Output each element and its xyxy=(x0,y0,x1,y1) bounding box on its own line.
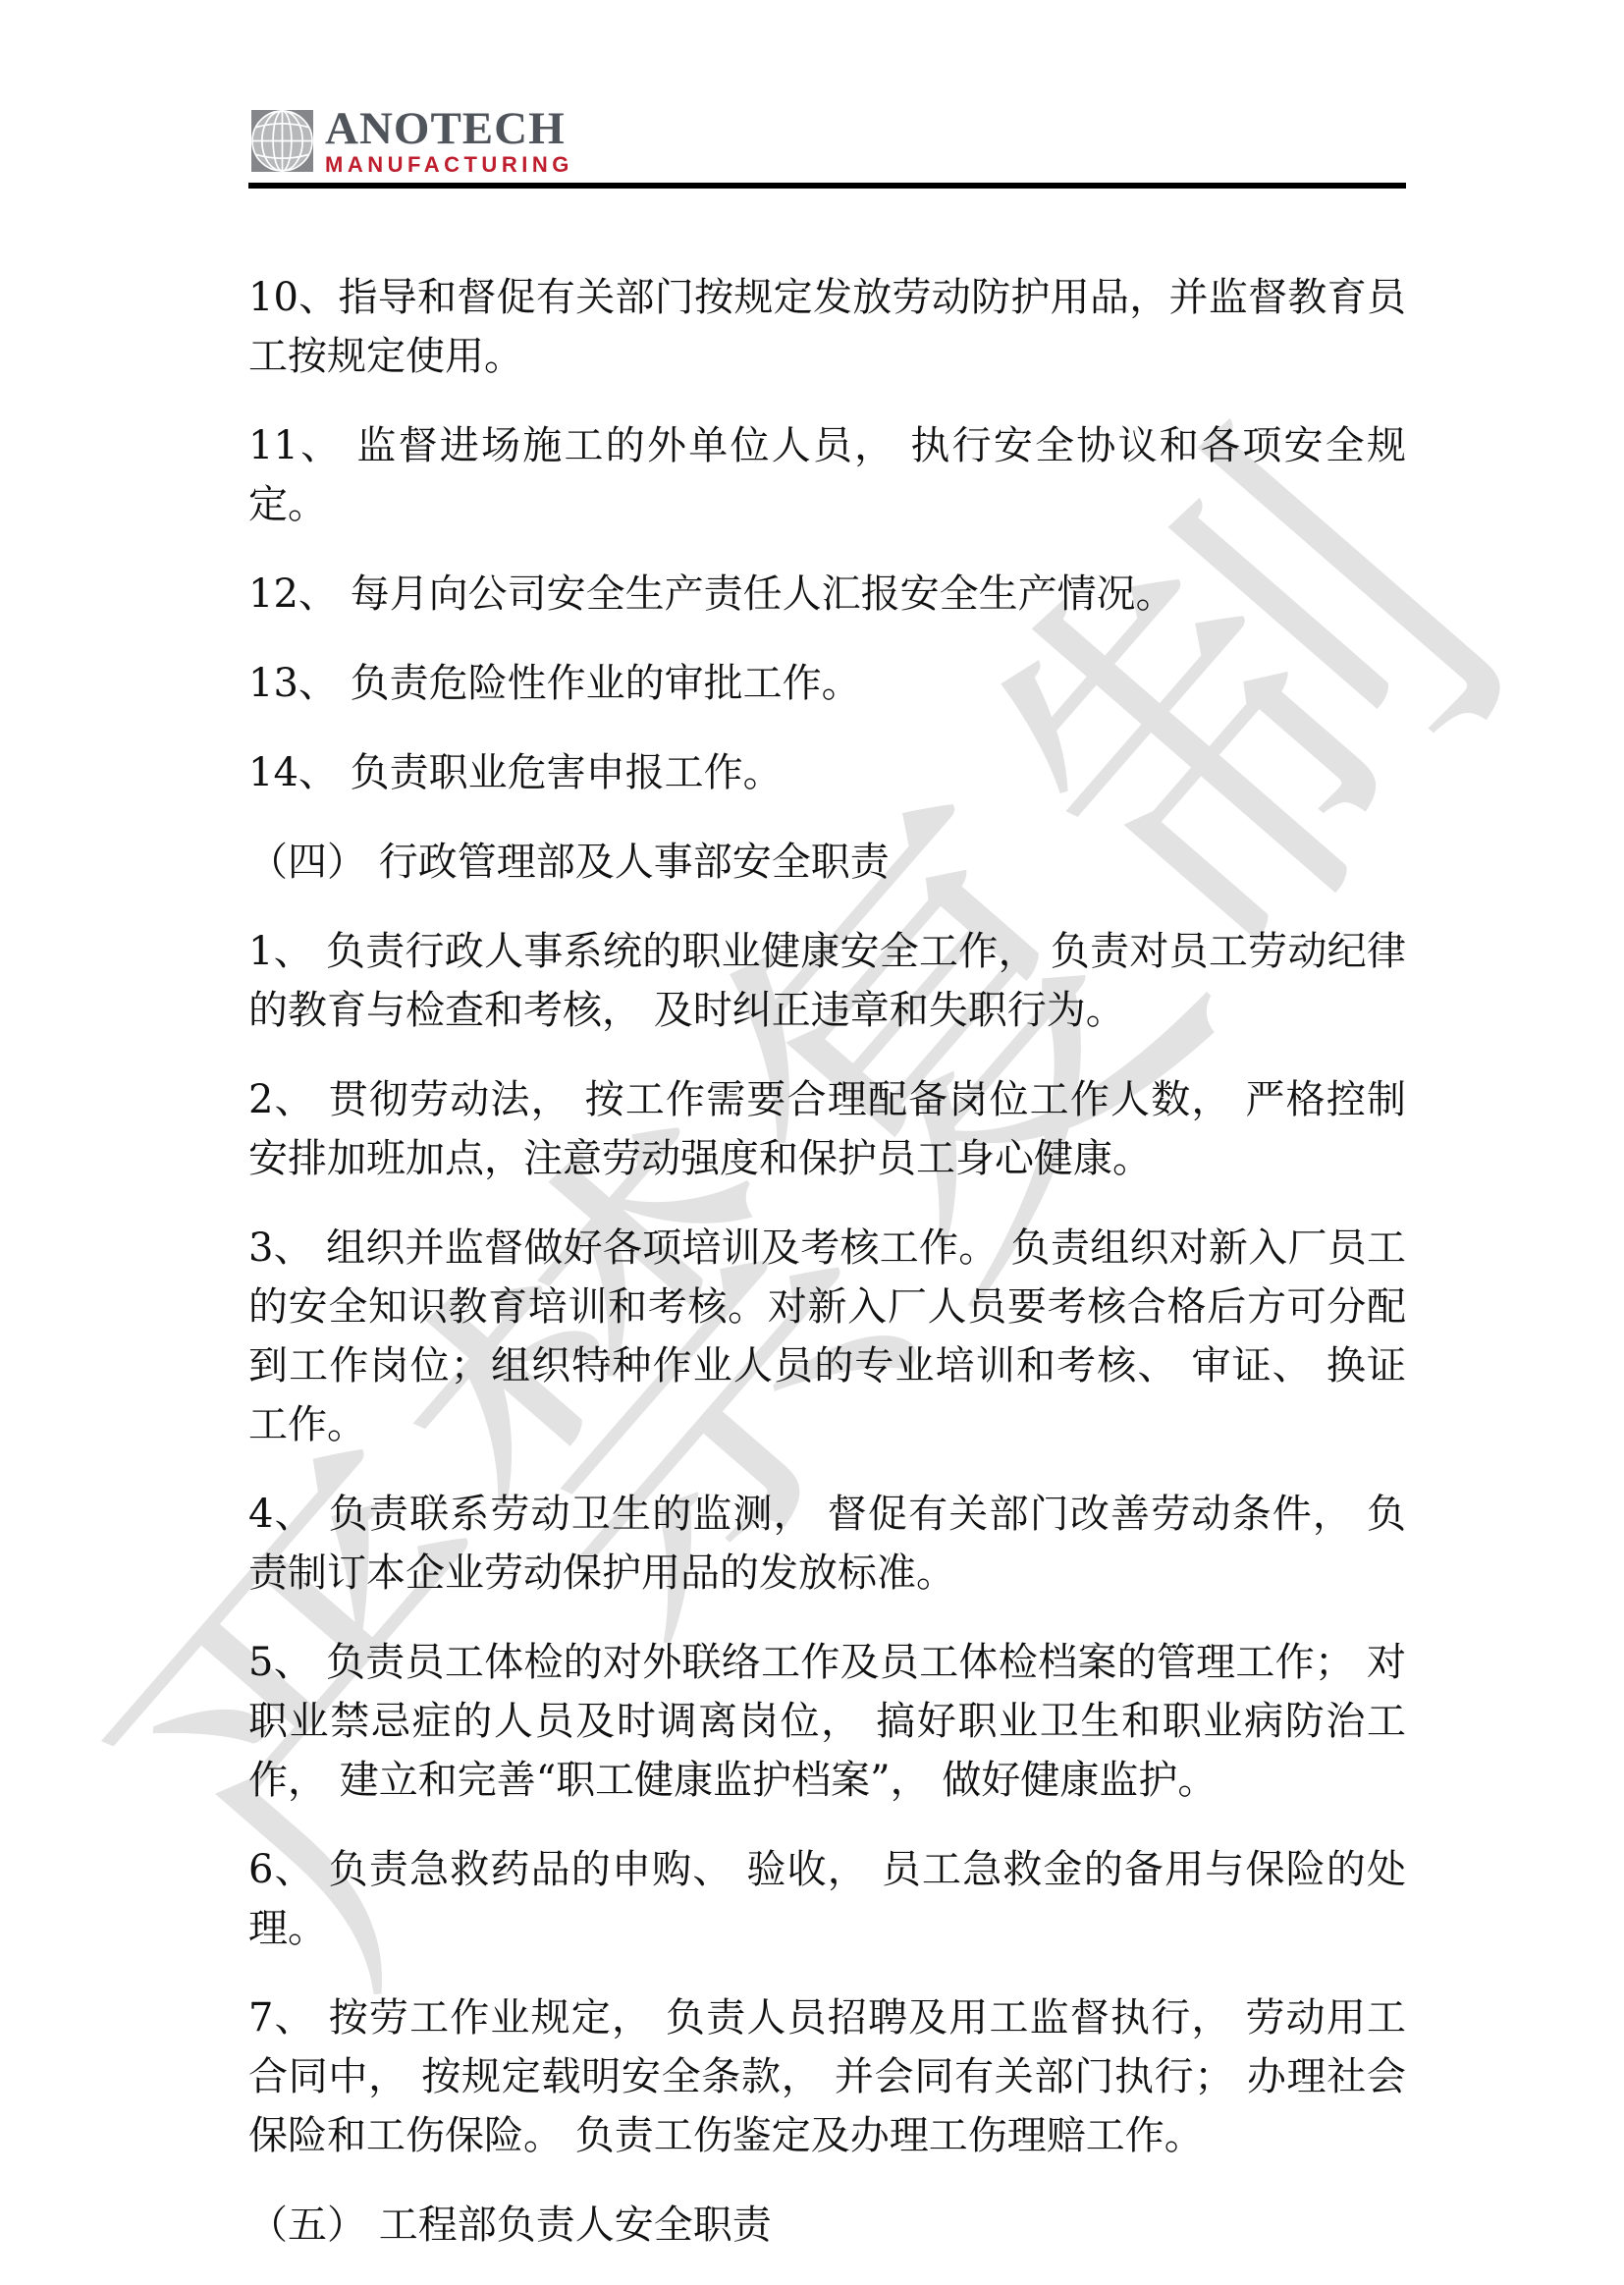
document-page: 严禁复制 A xyxy=(0,0,1624,2285)
brand-subtitle: MANUFACTURING xyxy=(325,152,573,178)
globe-icon xyxy=(251,110,313,172)
paragraph: 6、 负责急救药品的申购、 验收， 员工急救金的备用与保险的处理。 xyxy=(248,1840,1406,1958)
paragraph: 13、 负责危险性作业的审批工作。 xyxy=(248,654,1406,713)
paragraph: 4、 负责联系劳动卫生的监测， 督促有关部门改善劳动条件， 负责制订本企业劳动保… xyxy=(248,1485,1406,1603)
paragraph: 1、 负责行政人事系统的职业健康安全工作， 负责对员工劳动纪律的教育与检查和考核… xyxy=(248,922,1406,1040)
paragraph: 3、 组织并监督做好各项培训及考核工作。 负责组织对新入厂员工的安全知识教育培训… xyxy=(248,1219,1406,1454)
header-divider xyxy=(248,183,1406,189)
paragraph: 5、 负责员工体检的对外联络工作及员工体检档案的管理工作； 对职业禁忌症的人员及… xyxy=(248,1633,1406,1810)
paragraph: 2、 贯彻劳动法， 按工作需要合理配备岗位工作人数， 严格控制安排加班加点，注意… xyxy=(248,1070,1406,1188)
company-logo: ANOTECH MANUFACTURING xyxy=(251,106,573,178)
paragraph: 14、 负责职业危害申报工作。 xyxy=(248,743,1406,802)
logo-text: ANOTECH MANUFACTURING xyxy=(325,106,573,178)
paragraph: 10、指导和督促有关部门按规定发放劳动防护用品，并监督教育员工按规定使用。 xyxy=(248,268,1406,386)
document-body: 10、指导和督促有关部门按规定发放劳动防护用品，并监督教育员工按规定使用。11、… xyxy=(248,268,1406,2255)
paragraph: （四） 行政管理部及人事部安全职责 xyxy=(248,833,1406,892)
brand-name: ANOTECH xyxy=(325,106,573,151)
paragraph: 12、 每月向公司安全生产责任人汇报安全生产情况。 xyxy=(248,565,1406,624)
header: ANOTECH MANUFACTURING xyxy=(251,106,573,178)
paragraph: 7、 按劳工作业规定， 负责人员招聘及用工监督执行， 劳动用工合同中， 按规定载… xyxy=(248,1988,1406,2165)
paragraph: 11、 监督进场施工的外单位人员， 执行安全协议和各项安全规定。 xyxy=(248,416,1406,534)
paragraph: （五） 工程部负责人安全职责 xyxy=(248,2196,1406,2255)
